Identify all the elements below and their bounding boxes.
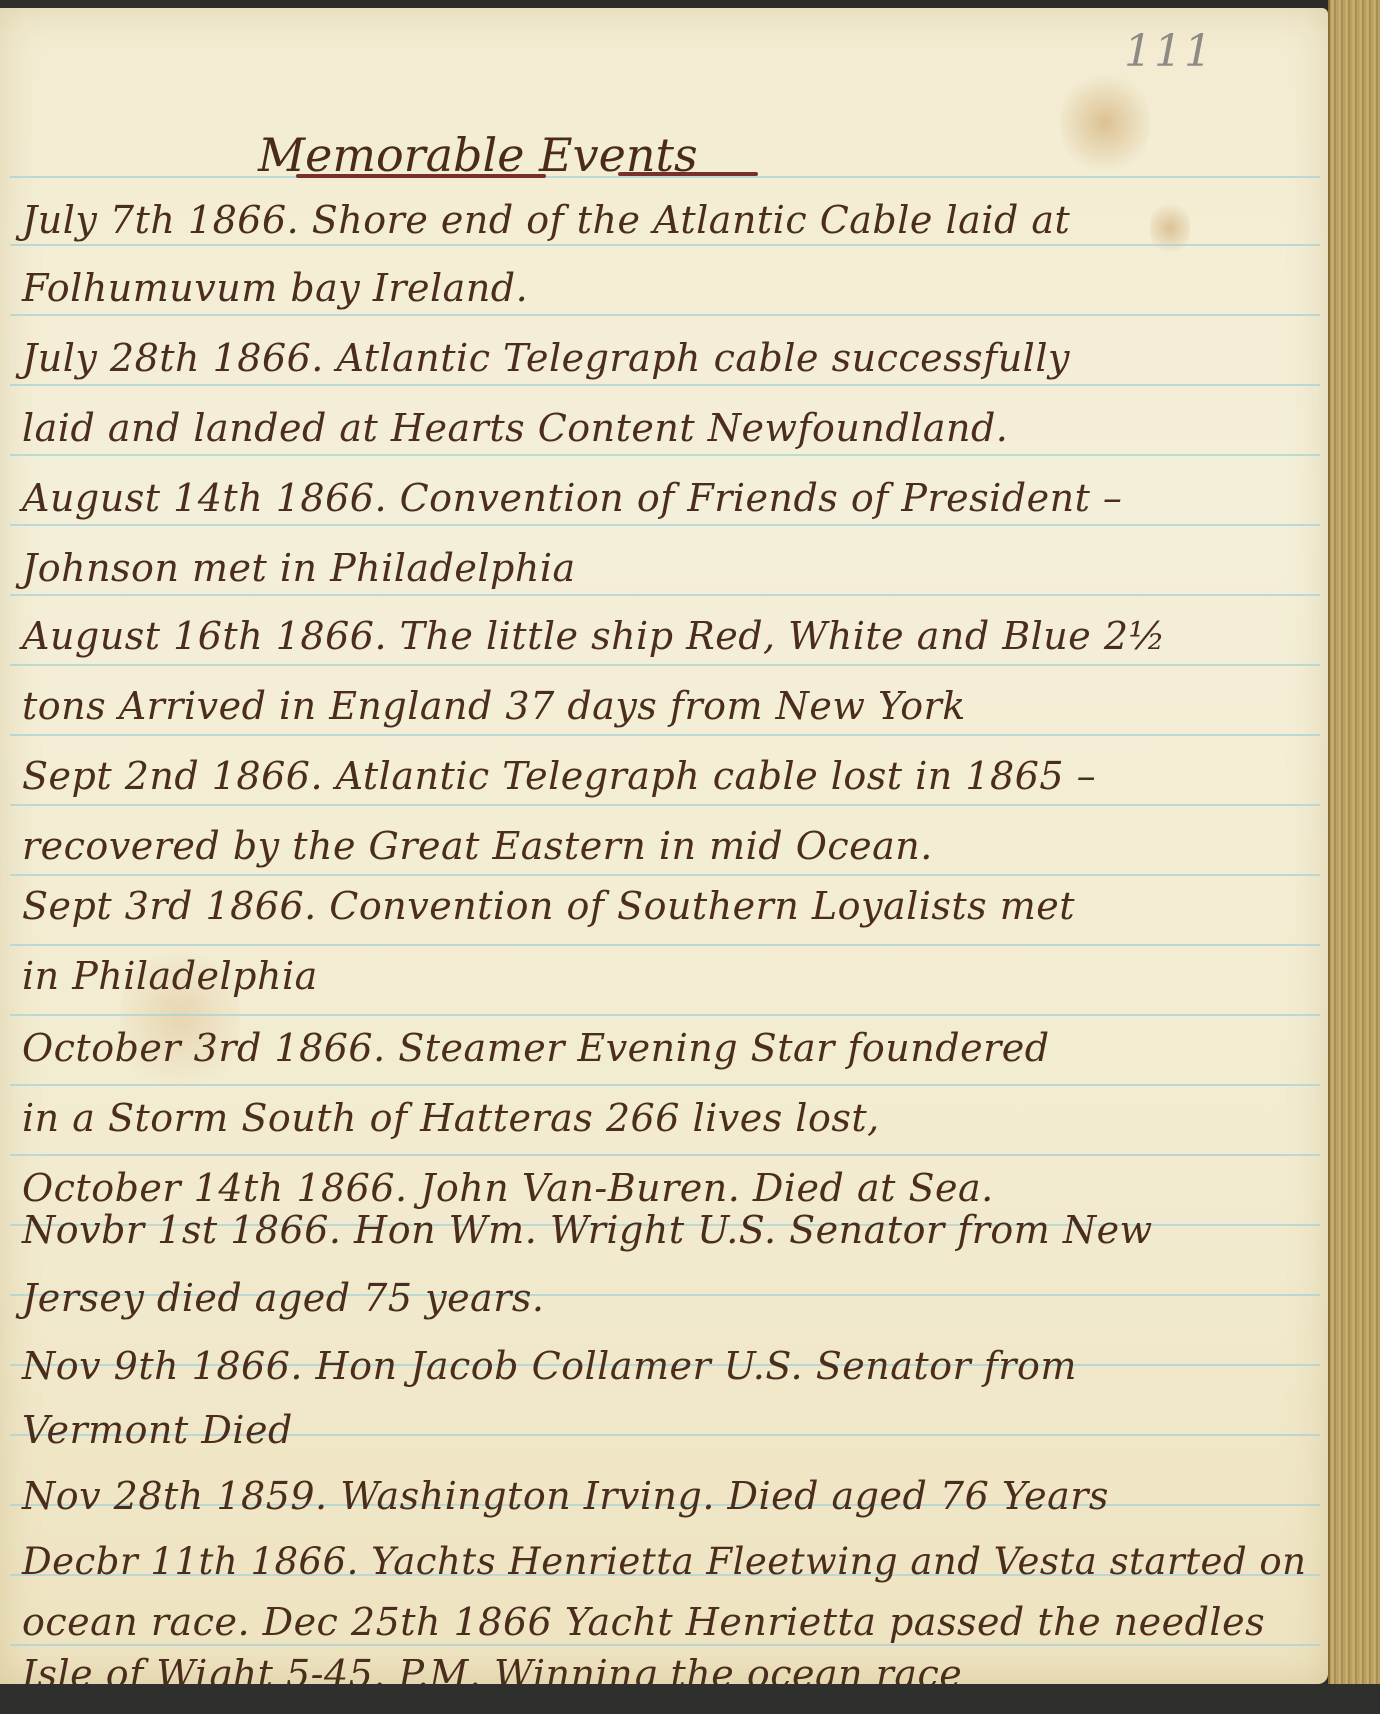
entry-line: Nov 28th 1859. Washington Irving. Died a… bbox=[22, 1474, 1109, 1518]
title-underline bbox=[618, 172, 758, 176]
entry-line: in a Storm South of Hatteras 266 lives l… bbox=[22, 1096, 880, 1140]
entry-line: Novbr 1st 1866. Hon Wm. Wright U.S. Sena… bbox=[22, 1208, 1153, 1252]
ruled-line bbox=[10, 1644, 1320, 1646]
entry-line: Johnson met in Philadelphia bbox=[22, 546, 576, 590]
ledger-page: 111 Memorable Events July 7th 1866. Shor… bbox=[0, 8, 1328, 1684]
page-number: 111 bbox=[1124, 26, 1214, 77]
ruled-line bbox=[10, 874, 1320, 876]
ruled-line bbox=[10, 1154, 1320, 1156]
ruled-line bbox=[10, 734, 1320, 736]
ruled-line bbox=[10, 314, 1320, 316]
entry-line: October 3rd 1866. Steamer Evening Star f… bbox=[22, 1026, 1050, 1070]
entry-line: July 7th 1866. Shore end of the Atlantic… bbox=[22, 198, 1070, 242]
entry-line: October 14th 1866. John Van-Buren. Died … bbox=[22, 1166, 994, 1210]
ruled-line bbox=[10, 1014, 1320, 1016]
ruled-line bbox=[10, 1084, 1320, 1086]
ruled-line bbox=[10, 664, 1320, 666]
entry-line: Jersey died aged 75 years. bbox=[22, 1276, 544, 1320]
water-stain bbox=[1060, 68, 1150, 178]
entry-line: laid and landed at Hearts Content Newfou… bbox=[22, 406, 1008, 450]
entry-line: Sept 2nd 1866. Atlantic Telegraph cable … bbox=[22, 754, 1096, 798]
entry-line: Decbr 11th 1866. Yachts Henrietta Fleetw… bbox=[22, 1540, 1307, 1583]
ruled-line bbox=[10, 594, 1320, 596]
ruled-line bbox=[10, 384, 1320, 386]
entry-line: Sept 3rd 1866. Convention of Southern Lo… bbox=[22, 884, 1075, 928]
entry-line: Nov 9th 1866. Hon Jacob Collamer U.S. Se… bbox=[22, 1344, 1077, 1388]
entry-line: tons Arrived in England 37 days from New… bbox=[22, 684, 966, 728]
water-stain bbox=[1150, 198, 1190, 258]
page-edges bbox=[1328, 0, 1380, 1714]
book-binding-bottom bbox=[0, 1684, 1380, 1714]
entry-line: recovered by the Great Eastern in mid Oc… bbox=[22, 824, 933, 868]
entry-line: in Philadelphia bbox=[22, 954, 318, 998]
ruled-line bbox=[10, 804, 1320, 806]
entry-line: Folhumuvum bay Ireland. bbox=[22, 266, 528, 310]
ruled-line bbox=[10, 244, 1320, 246]
entry-line: Vermont Died bbox=[22, 1408, 293, 1452]
entry-line: ocean race. Dec 25th 1866 Yacht Henriett… bbox=[22, 1600, 1265, 1644]
ruled-line bbox=[10, 454, 1320, 456]
title-underline bbox=[296, 174, 546, 178]
entry-line: August 16th 1866. The little ship Red, W… bbox=[22, 614, 1166, 658]
ruled-line bbox=[10, 524, 1320, 526]
entry-line: August 14th 1866. Convention of Friends … bbox=[22, 476, 1122, 520]
entry-line: July 28th 1866. Atlantic Telegraph cable… bbox=[22, 336, 1070, 380]
ruled-line bbox=[10, 944, 1320, 946]
